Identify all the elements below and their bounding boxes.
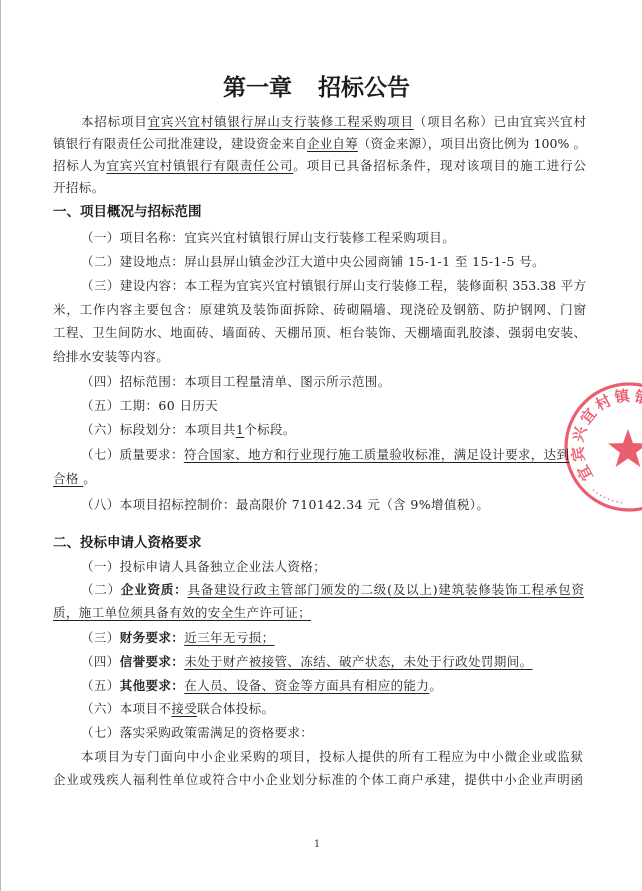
star-icon [608,429,642,467]
quality-filled: 合格 [53,471,83,486]
intro-text: 本招标项目 [81,114,148,129]
item-quality-line-2: 合格 。 [53,470,96,488]
item-scope: （四）招标范围：本项目工程量清单、图示所示范围。 [81,373,391,391]
item-value: 本工程为宜宾兴宜村镇银行屏山支行装修工程，装修面积 353.38 平方 [185,278,586,293]
item-value: 本项目共 [184,422,236,437]
page-number: 1 [307,838,327,852]
item-label: （二） [81,582,121,597]
section-1-heading: 一、项目概况与招标范围 [53,203,202,221]
seal-text: 宜宾兴宜村镇银 [568,386,642,483]
req-consortium: （六）本项目不接受联合体投标。 [81,700,275,718]
other-filled: 在人员、设备、资金等方面具有相应的能力 [184,678,429,693]
item-value: 联合体投标。 [197,701,274,716]
item-value: 屏山县屏山镇金沙江大道中央公园商铺 15-1-1 至 15-1-5 号。 [184,254,545,269]
finance-filled: 近三年无亏损； [184,630,274,645]
intro-text: 。项目已具备招标条件，现对该项目的施工进行公 [293,158,586,173]
credit-filled: 未处于财产被接管、冻结、破产状态，未处于行政处罚期间。 [184,654,532,669]
qualification-filled: 具备建设行政主管部门颁发的二级(及以上)建筑装修装饰工程承包资 [187,582,584,597]
page-title: 第一章招标公告 [223,74,410,102]
item-value: 落实采购政策需满足的资格要求： [120,725,314,740]
fund-source-filled: 企业自筹 [307,136,358,151]
item-label: （六） [81,701,120,716]
policy-text-line-2: 企业或残疾人福利性单位或符合中小企业划分标准的个体工商户承建，提供中小企业声明函 [53,771,583,789]
item-content-line-1: （三）建设内容：本工程为宜宾兴宜村镇银行屏山支行装修工程，装修面积 353.38… [81,277,586,295]
item-label: （六）标段划分： [81,422,184,437]
intro-line-3: 招标人为宜宾兴宜村镇银行有限责任公司。项目已具备招标条件，现对该项目的施工进行公 [53,157,586,175]
intro-text: 招标人为 [53,158,106,173]
section-2-heading: 二、投标申请人资格要求 [53,534,202,552]
item-control-price: （八）本项目招标控制价：最高限价 710142.34 元（含 9%增值税）。 [81,496,489,514]
item-content-line-2: 米，工作内容主要包含：原建筑及装饰面拆除、砖砌隔墙、现浇砼及钢筋、防护钢网、门窗 [53,301,586,319]
item-label: （二）建设地点： [81,254,184,269]
item-key: 其他要求： [120,678,185,693]
intro-line-4: 开招标。 [53,179,105,197]
intro-text: 镇银行有限责任公司批准建设，建设资金来自 [53,136,307,151]
intro-line-2: 镇银行有限责任公司批准建设，建设资金来自企业自筹（资金来源），项目出资比例为 1… [53,135,586,153]
item-label: （八）本项目招标控制价： [81,497,236,512]
project-name-filled: 宜宾兴宜村镇银行屏山支行装修工程采购项目 [148,114,414,129]
quality-filled: 符合国家、地方和行业现行施工质量验收标准，满足设计要求，达到 [184,447,569,462]
item-quality-line-1: （七）质量要求：符合国家、地方和行业现行施工质量验收标准，满足设计要求，达到 [81,446,569,464]
item-label: （五） [81,678,120,693]
item-project-name: （一）项目名称：宜宾兴宜村镇银行屏山支行装修工程采购项目。 [81,229,455,247]
item-content-line-4: 给排水安装等内容。 [53,348,169,366]
seal-ring [566,384,642,510]
item-label: （七） [81,725,120,740]
document-page: 第一章招标公告 本招标项目宜宾兴宜村镇银行屏山支行装修工程采购项目（项目名称）已… [0,0,642,891]
item-value: 。 [429,678,442,693]
item-value: 本项目工程量清单、图示所示范围。 [184,374,390,389]
item-label: （三） [81,630,120,645]
lot-count-filled: 1 [236,422,244,437]
req-credit: （四）信誉要求：未处于财产被接管、冻结、破产状态，未处于行政处罚期间。 [81,653,533,671]
item-label: （四）招标范围： [81,374,184,389]
item-label: （五）工期： [81,398,158,413]
item-duration: （五）工期：60 日历天 [81,397,218,415]
qualification-filled: 质，施工单位须具备有效的安全生产许可证； [53,605,311,620]
chapter-title: 招标公告 [318,75,410,101]
seal-text-path: 宜宾兴宜村镇银 [568,386,642,483]
intro-line-1: 本招标项目宜宾兴宜村镇银行屏山支行装修工程采购项目（项目名称）已由宜宾兴宜村 [81,113,586,131]
item-label: （四） [81,654,120,669]
chapter-number: 第一章 [223,75,292,101]
req-finance: （三）财务要求：近三年无亏损； [81,629,275,647]
item-label: （三）建设内容： [81,278,185,293]
req-legal-entity: （一）投标申请人具备独立企业法人资格； [81,558,326,576]
item-lots: （六）标段划分：本项目共1个标段。 [81,421,296,439]
item-value: 本项目不 [120,701,172,716]
intro-text: （项目名称）已由宜宾兴宜村 [414,114,586,129]
seal-dotted-arc [593,490,624,503]
req-qualification-line-1: （二）企业资质：具备建设行政主管部门颁发的二级(及以上)建筑装修装饰工程承包资 [81,581,584,599]
consortium-filled: 接受 [171,701,197,716]
item-key: 信誉要求： [120,654,185,669]
item-value: 最高限价 710142.34 元（含 9%增值税）。 [236,497,490,512]
item-value: 个标段。 [244,422,296,437]
req-policy: （七）落实采购政策需满足的资格要求： [81,724,313,742]
item-key: 企业资质： [121,582,188,597]
policy-text-line-1: 本项目为专门面向中小企业采购的项目，投标人提供的所有工程应为中小微企业或监狱 [81,748,583,766]
item-label: （一）项目名称： [81,230,184,245]
item-value: 。 [83,471,96,486]
intro-text: （资金来源），项目出资比例为 100% 。 [358,136,586,151]
item-content-line-3: 工程、卫生间防水、地面砖、墙面砖、天棚吊顶、柜台装饰、天棚墙面乳胶漆、强弱电安装… [53,324,586,342]
item-value: 宜宾兴宜村镇银行屏山支行装修工程采购项目。 [184,230,455,245]
req-qualification-line-2: 质，施工单位须具备有效的安全生产许可证； [53,604,311,622]
item-key: 财务要求： [120,630,185,645]
item-value: 投标申请人具备独立企业法人资格； [120,559,326,574]
tenderer-filled: 宜宾兴宜村镇银行有限责任公司 [106,158,293,173]
req-other: （五）其他要求：在人员、设备、资金等方面具有相应的能力。 [81,677,442,695]
item-label: （一） [81,559,120,574]
item-location: （二）建设地点：屏山县屏山镇金沙江大道中央公园商铺 15-1-1 至 15-1-… [81,253,545,271]
item-label: （七）质量要求： [81,447,184,462]
item-value: 60 日历天 [158,398,218,413]
